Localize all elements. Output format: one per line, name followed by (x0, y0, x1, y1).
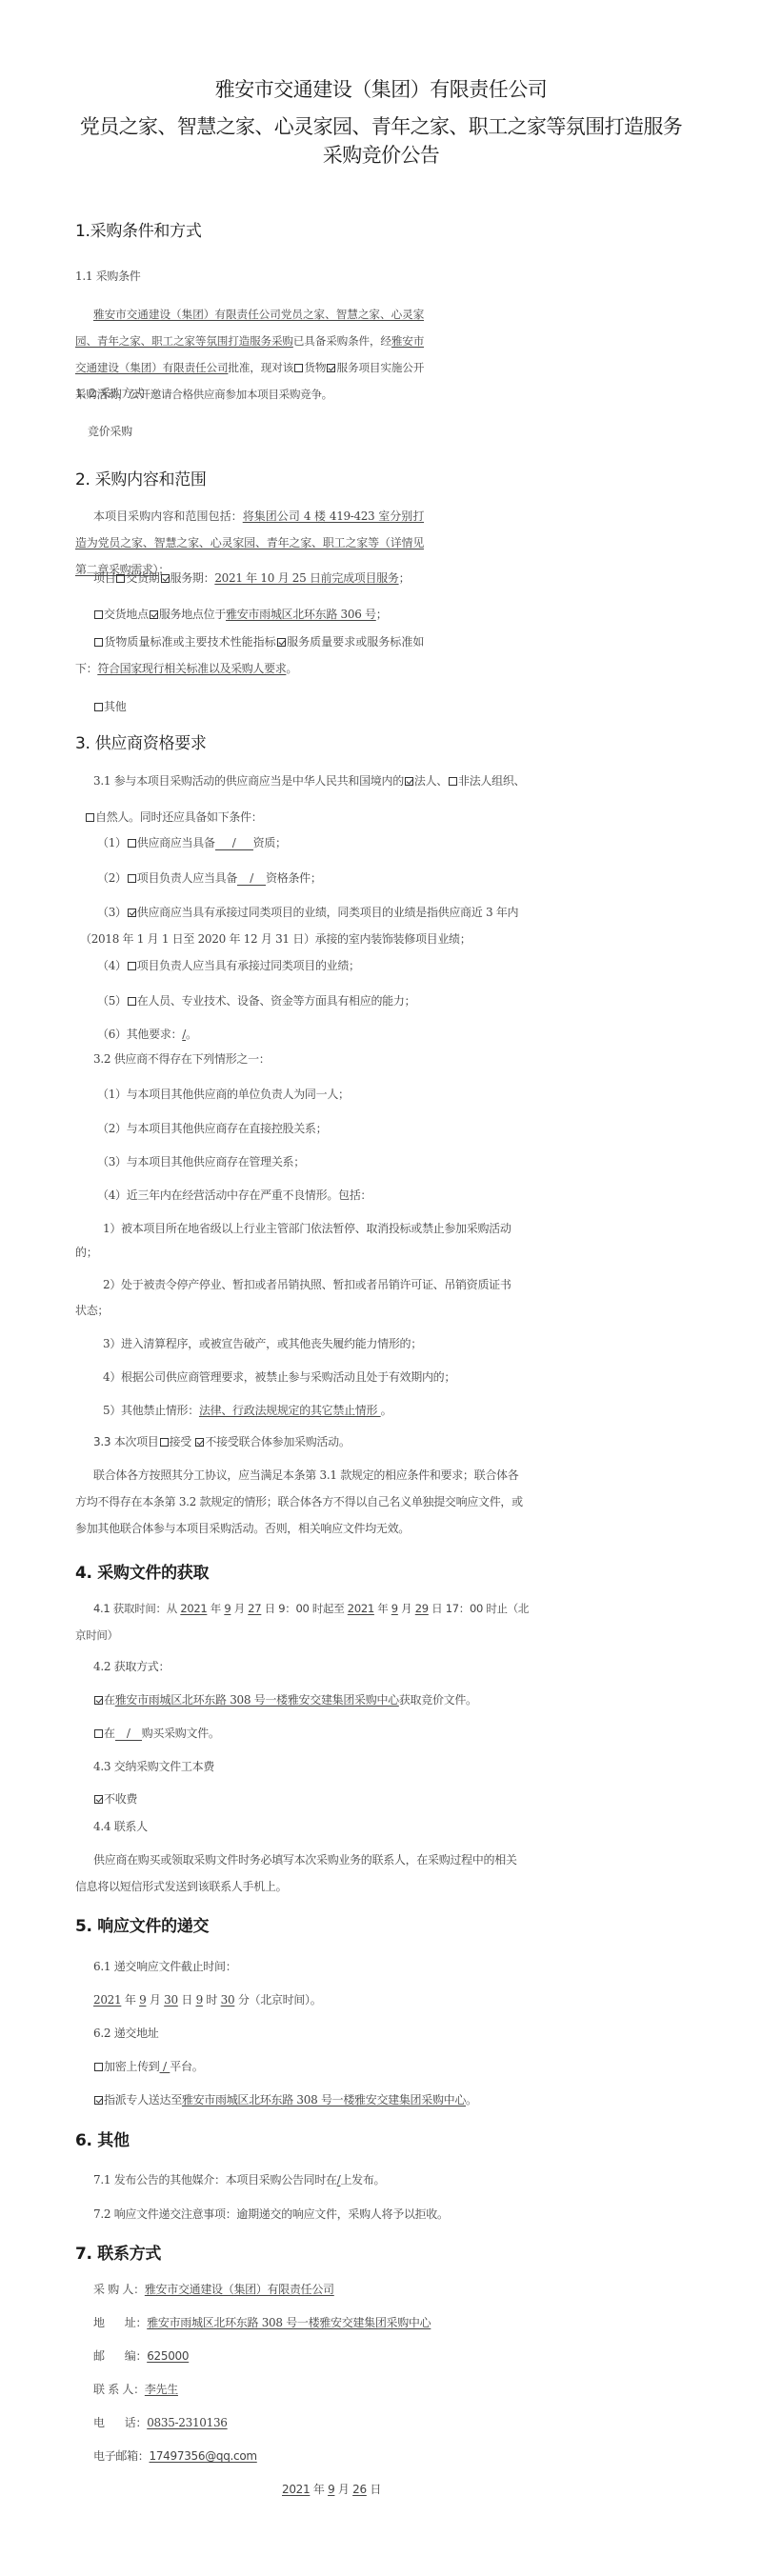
text: 自然人。同时还应具备如下条件： (95, 810, 263, 824)
text: 3.1 参与本项目采购活动的供应商应当是中华人民共和国境内的 (93, 774, 404, 788)
checkbox-free-checked (94, 1795, 103, 1804)
text: 在 (104, 1727, 115, 1740)
procurement-method: 竞价采购 (88, 423, 132, 439)
contact-row-person: 联 系 人：李先生 (93, 2381, 178, 2397)
end-month: 9 (391, 1602, 398, 1615)
contact-label: 地 址： (93, 2316, 147, 2329)
document-fee-label: 4.3 交纳采购文件工本费 (93, 1758, 214, 1774)
contact-row-email: 电子邮箱：17497356@qq.com (93, 2447, 257, 2464)
text: 年 (374, 1602, 391, 1615)
section-4-heading: 4. 采购文件的获取 (75, 1559, 209, 1583)
contact-person-value: 李先生 (145, 2383, 178, 2396)
submission-deadline-value: 2021 年 9 月 30 日 9 时 30 分（北京时间）。 (93, 1991, 321, 2007)
checkbox-goods (294, 364, 303, 372)
contact-label: 电 话： (93, 2416, 147, 2429)
text: 已具备采购条件，经 (293, 334, 391, 348)
text: 年 (310, 2483, 328, 2496)
text: 3.3 本次项目 (93, 1435, 159, 1448)
text: 不接受联合体参加采购活动。 (205, 1435, 350, 1448)
checkbox-delivery-period (116, 574, 125, 583)
text: 项目负责人应当具有承接过同类项目的业绩； (137, 959, 360, 972)
checkbox-purchase-online (94, 1729, 103, 1738)
checkbox-accept-consortium (160, 1438, 169, 1447)
acquisition-method-2: 在/购买采购文件。 (93, 1725, 220, 1741)
text: 货物质量标准或主要技术性能指标 (104, 635, 276, 649)
consortium-rule-line3: 参加其他联合体参与本项目采购活动。否则，相关响应文件均无效。 (75, 1520, 410, 1536)
checkbox-condition-1 (128, 839, 136, 848)
text: 日 17：00 时止（北 (429, 1602, 529, 1615)
delivery-address: 雅安市雨城区北环东路 308 号一楼雅安交建集团采购中心 (182, 2093, 466, 2107)
checkbox-service-quality-checked (277, 638, 286, 647)
misconduct-2-line1: 2）处于被责令停产停业、暂扣或者吊销执照、暂扣或者吊销许可证、吊销资质证书 (103, 1276, 511, 1292)
qualification-intro-line1: 3.1 参与本项目采购活动的供应商应当是中华人民共和国境内的法人、非法人组织、 (93, 772, 525, 789)
condition-6: （6）其他要求：/。 (97, 1026, 197, 1042)
text: 。 (381, 1404, 392, 1417)
condition-3-line2: （2018 年 1 月 1 日至 2020 年 12 月 31 日）承接的室内装… (80, 930, 471, 947)
goods-label: 货物 (304, 361, 326, 374)
condition-1: （1）供应商应当具备/资质； (97, 834, 287, 850)
checkbox-condition-5 (128, 997, 136, 1006)
text: 平台。 (170, 2060, 203, 2073)
consortium-rule-line1: 联合体各方按照其分工协议，应当满足本条第 3.1 款规定的相应条件和要求；联合体… (93, 1467, 518, 1483)
service-location-value: 雅安市雨城区北环东路 306 号 (226, 608, 376, 621)
contact-label: 采 购 人： (93, 2283, 145, 2296)
checkbox-natural-person (86, 813, 94, 822)
date-year: 2021 (282, 2483, 310, 2496)
section-7-heading: 7. 联系方式 (75, 2240, 161, 2264)
date-day: 26 (352, 2483, 367, 2496)
section-2-heading: 2. 采购内容和范围 (75, 466, 207, 489)
text: 获取竞价文件。 (399, 1693, 477, 1707)
text: 月 (146, 1993, 164, 2007)
end-day: 29 (415, 1602, 429, 1615)
contact-person-label: 4.4 联系人 (93, 1818, 148, 1834)
text: 资格条件； (266, 871, 322, 885)
service-location-line: 交货地点服务地点位于雅安市雨城区北环东路 306 号； (93, 606, 387, 622)
consortium-option: 3.3 本次项目接受 不接受联合体参加采购活动。 (93, 1433, 351, 1449)
contact-row-purchaser: 采 购 人：雅安市交通建设（集团）有限责任公司 (93, 2281, 334, 2297)
blank-manager-qualification: / (237, 871, 266, 886)
text: 批准，现对该 (228, 361, 293, 374)
text: 法人、 (414, 774, 448, 788)
contact-label: 电子邮箱： (93, 2449, 150, 2463)
text: （4） (97, 959, 127, 972)
section-6-heading: 6. 其他 (75, 2127, 130, 2150)
misconduct-2-line2: 状态； (75, 1302, 109, 1318)
consortium-rule-line2: 方均不得存在本条第 3.2 款规定的情形；联合体各方不得以自己名义单独提交响应文… (75, 1493, 523, 1509)
condition-3-line1: （3）供应商应当具有承接过同类项目的业绩，同类项目的业绩是指供应商近 3 年内 (97, 904, 518, 920)
start-day: 27 (248, 1602, 261, 1615)
text: 年 (121, 1993, 139, 2007)
text: 上发布。 (340, 2173, 385, 2187)
condition-2: （2）项目负责人应当具备/资格条件； (97, 869, 322, 886)
misconduct-1-line2: 的； (75, 1244, 97, 1260)
subsection-1-1-label: 1.1 采购条件 (75, 268, 141, 284)
email-link[interactable]: 17497356@qq.com (150, 2449, 257, 2463)
text: 交货地点 (104, 608, 149, 621)
text: 。 (186, 1028, 197, 1041)
checkbox-hand-delivery-checked (94, 2096, 103, 2105)
text: 项目 (93, 571, 115, 585)
deadline-day: 30 (164, 1993, 178, 2007)
text: 交货期 (126, 571, 159, 585)
other-prohibition-value: 法律、行政法规规定的其它禁止情形 (199, 1404, 381, 1417)
misconduct-1-line1: 1）被本项目所在地省级以上行业主管部门依法暂停、取消投标或禁止参加采购活动 (103, 1220, 511, 1236)
condition-4: （4）项目负责人应当具有承接过同类项目的业绩； (97, 957, 360, 973)
acquisition-time-line1: 4.1 获取时间：从 2021 年 9 月 27 日 9：00 时起至 2021… (93, 1601, 529, 1616)
text: 日 (367, 2483, 381, 2496)
quality-standard-value: 符合国家现行相关标准以及采购人要求 (97, 662, 286, 675)
text: 在人员、专业技术、设备、资金等方面具有相应的能力； (137, 994, 416, 1008)
checkbox-goods-quality (94, 638, 103, 647)
other-option-line: 其他 (93, 698, 126, 714)
subsection-1-2-label: 1. 2 采购方式 (75, 385, 144, 401)
checkbox-legal-person-checked (405, 777, 413, 786)
text: 指派专人送达至 (104, 2093, 182, 2107)
deadline-minute: 30 (221, 1993, 235, 2007)
text: 月 (334, 2483, 352, 2496)
text: 月 (231, 1602, 248, 1615)
submission-upload-option: 加密上传到 / 平台。 (93, 2058, 203, 2074)
checkbox-condition-3-checked (128, 909, 136, 917)
document-fee-option: 不收费 (93, 1790, 137, 1807)
misconduct-5: 5）其他禁止情形：法律、行政法规规定的其它禁止情形 。 (103, 1402, 391, 1418)
text: 在 (104, 1693, 115, 1707)
deadline-year: 2021 (93, 1993, 121, 2007)
checkbox-service-checked (327, 364, 335, 372)
text: 供应商应当具备 (137, 836, 215, 849)
submission-delivery-option: 指派专人送达至雅安市雨城区北环东路 308 号一楼雅安交建集团采购中心。 (93, 2091, 477, 2107)
contact-label: 联 系 人： (93, 2383, 145, 2396)
start-year: 2021 (180, 1602, 207, 1615)
submission-notice-line: 7.2 响应文件递交注意事项：逾期递交的响应文件，采购人将予以拒收。 (93, 2206, 449, 2222)
checkbox-non-legal-org (449, 777, 457, 786)
announcement-date: 2021 年 9 月 26 日 (282, 2481, 381, 2497)
section-5-heading: 5. 响应文件的递交 (75, 1912, 209, 1936)
blank-qualification: / (215, 836, 253, 850)
postcode-value: 625000 (147, 2349, 189, 2363)
text: 供应商应当具有承接过同类项目的业绩，同类项目的业绩是指供应商近 3 年内 (137, 906, 518, 919)
checkbox-service-period-checked (161, 574, 170, 583)
text: ； (399, 571, 411, 585)
text: 不收费 (104, 1792, 137, 1806)
deadline-hour: 9 (196, 1993, 203, 2007)
checkbox-delivery-location (94, 610, 103, 619)
submission-address-label: 6.2 递交地址 (93, 2025, 159, 2041)
contact-note-line2: 信息将以短信形式发送到该联系人手机上。 (75, 1878, 287, 1894)
text: 4.1 获取时间：从 (93, 1602, 180, 1615)
other-media-line: 7.1 发布公告的其他媒介：本项目采购公告同时在/上发布。 (93, 2171, 385, 2187)
text: 月 (398, 1602, 415, 1615)
quality-standard-paragraph: 货物质量标准或主要技术性能指标服务质量要求或服务标准如下：符合国家现行相关标准以… (75, 629, 424, 682)
phone-value: 0835-2310136 (147, 2416, 227, 2429)
checkbox-other (94, 703, 103, 711)
text: 接受 (170, 1435, 195, 1448)
exclusion-4: （4）近三年内在经营活动中存在严重不良情形。包括： (97, 1187, 371, 1203)
contact-row-postcode: 邮 编：625000 (93, 2347, 189, 2364)
exclusion-1: （1）与本项目其他供应商的单位负责人为同一人； (97, 1086, 350, 1102)
acquisition-method-1: 在雅安市雨城区北环东路 308 号一楼雅安交建集团采购中心获取竞价文件。 (93, 1691, 477, 1707)
text: （6）其他要求： (97, 1028, 182, 1041)
misconduct-4: 4）根据公司供应商管理要求，被禁止参与采购活动且处于有效期内的； (103, 1368, 455, 1385)
submission-deadline-label: 6.1 递交响应文件截止时间： (93, 1958, 236, 1974)
checkbox-service-location-checked (150, 610, 158, 619)
text: 日 (178, 1993, 196, 2007)
checkbox-condition-4 (128, 962, 136, 970)
text: （2） (97, 871, 127, 885)
exclusion-2: （2）与本项目其他供应商存在直接控股关系； (97, 1120, 327, 1136)
acquisition-time-line2: 京时间） (75, 1627, 118, 1643)
checkbox-encrypted-upload (94, 2063, 103, 2071)
text: （3） (97, 906, 127, 919)
section-1-heading: 1.采购条件和方式 (75, 217, 202, 241)
company-title: 雅安市交通建设（集团）有限责任公司 (0, 74, 762, 103)
text: 。 (466, 2093, 477, 2107)
contact-label: 邮 编： (93, 2349, 147, 2363)
purchaser-value: 雅安市交通建设（集团）有限责任公司 (145, 2283, 334, 2296)
checkbox-condition-2 (128, 874, 136, 883)
condition-5: （5）在人员、专业技术、设备、资金等方面具有相应的能力； (97, 992, 415, 1008)
text: 加密上传到 (104, 2060, 160, 2073)
text: （1） (97, 836, 127, 849)
text: 5）其他禁止情形： (103, 1404, 199, 1417)
checkbox-onsite-pickup-checked (94, 1696, 103, 1705)
text: 。 (286, 662, 297, 675)
checkbox-reject-consortium-checked (195, 1438, 204, 1447)
announcement-title: 党员之家、智慧之家、心灵家园、青年之家、职工之家等氛围打造服务采购竞价公告 (74, 112, 688, 170)
acquisition-method-label: 4.2 获取方式： (93, 1658, 170, 1674)
text: 日 9：00 时起至 (261, 1602, 347, 1615)
text: 资质； (253, 836, 287, 849)
text: 服务地点位于 (159, 608, 226, 621)
text: 年 (207, 1602, 224, 1615)
exclusion-3: （3）与本项目其他供应商存在管理关系； (97, 1153, 305, 1169)
text: 本项目采购内容和范围包括： (93, 509, 243, 523)
text: ； (376, 608, 388, 621)
upload-platform-value: / (160, 2060, 170, 2073)
service-period-value: 2021 年 10 月 25 日前完成项目服务 (214, 571, 398, 585)
text: 时 (203, 1993, 221, 2007)
blank-purchase-place: / (115, 1727, 142, 1741)
text: 服务期： (170, 571, 215, 585)
text: 项目负责人应当具备 (137, 871, 237, 885)
pickup-address: 雅安市雨城区北环东路 308 号一楼雅安交建集团采购中心 (115, 1693, 399, 1707)
contact-note-line1: 供应商在购买或领取采购文件时务必填写本次采购业务的联系人，在采购过程中的相关 (93, 1851, 517, 1867)
end-year: 2021 (348, 1602, 374, 1615)
project-period-line: 项目交货期服务期：2021 年 10 月 25 日前完成项目服务； (93, 569, 410, 586)
text: 7.1 发布公告的其他媒介：本项目采购公告同时在 (93, 2173, 337, 2187)
text: 分（北京时间）。 (234, 1993, 321, 2007)
contact-row-phone: 电 话：0835-2310136 (93, 2414, 228, 2430)
text: 非法人组织、 (458, 774, 525, 788)
misconduct-3: 3）进入清算程序，或被宣告破产，或其他丧失履约能力情形的； (103, 1335, 422, 1351)
contact-row-address: 地 址：雅安市雨城区北环东路 308 号一楼雅安交建集团采购中心 (93, 2314, 431, 2330)
text: 其他 (104, 700, 126, 713)
address-value: 雅安市雨城区北环东路 308 号一楼雅安交建集团采购中心 (147, 2316, 431, 2329)
text: 购买采购文件。 (142, 1727, 220, 1740)
qualification-intro-line2: 自然人。同时还应具备如下条件： (85, 809, 263, 825)
exclusion-intro: 3.2 供应商不得存在下列情形之一： (93, 1050, 271, 1067)
text: （5） (97, 994, 127, 1008)
section-3-heading: 3. 供应商资格要求 (75, 729, 207, 753)
